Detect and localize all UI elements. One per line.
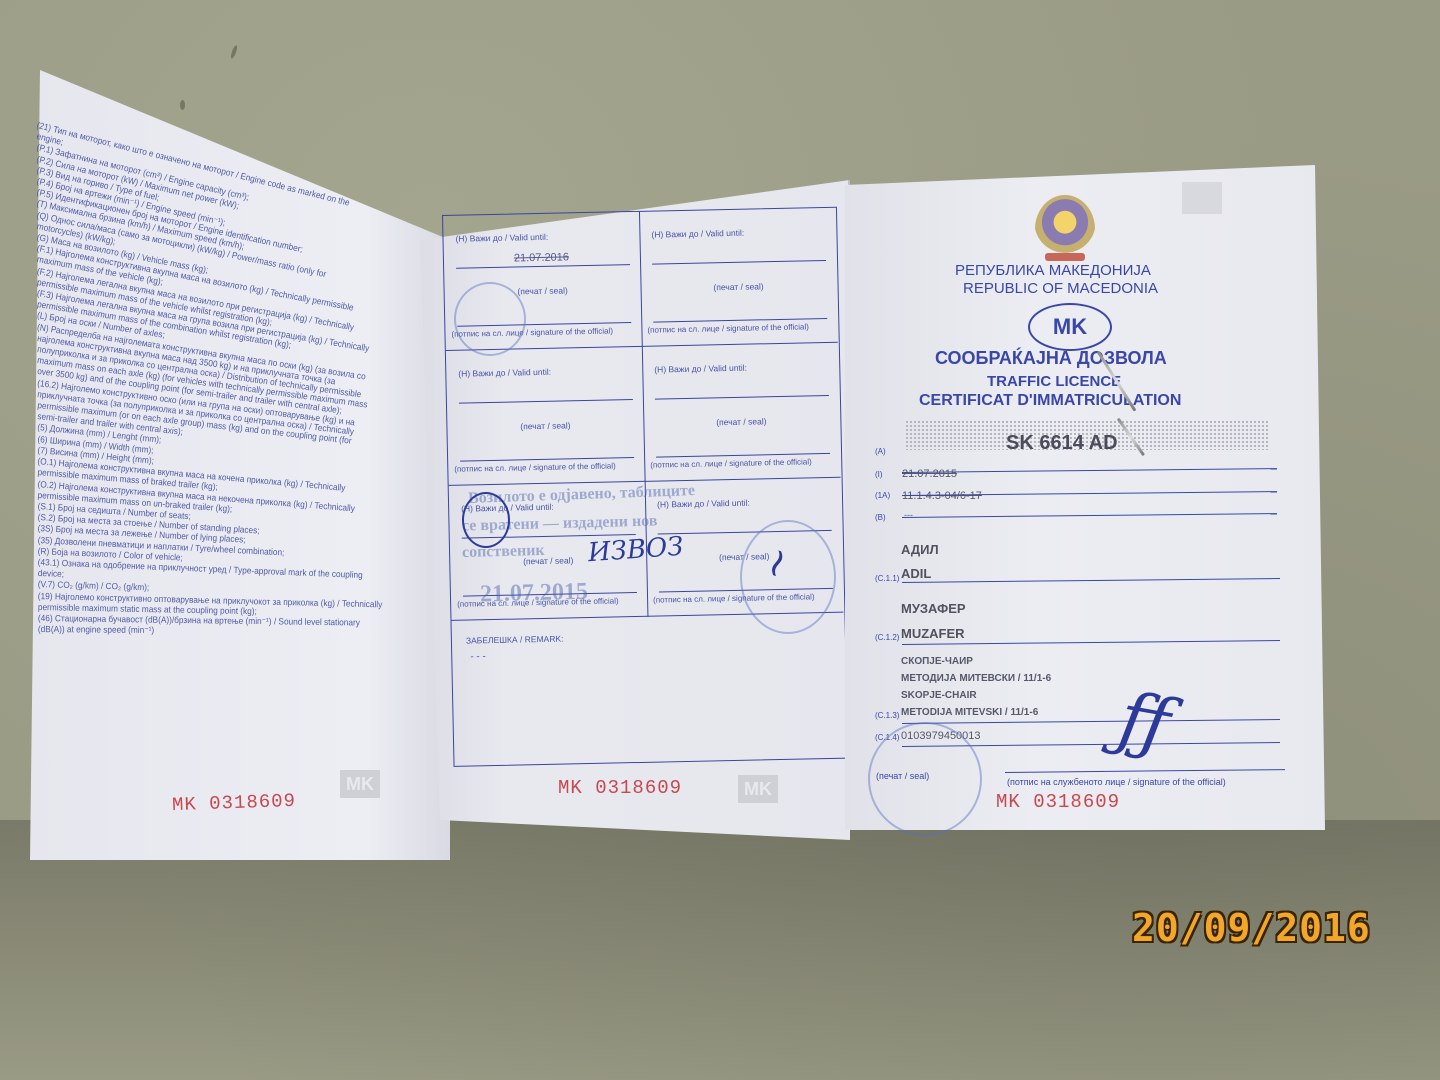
- serial-number-middle: MK 0318609: [558, 777, 682, 799]
- address-line: СКОПЈЕ-ЧАИР: [901, 656, 973, 667]
- mk-watermark: MK: [738, 775, 778, 803]
- date-line: [655, 395, 829, 400]
- seal-label: (печат / seal): [447, 419, 643, 433]
- surname-mk: АДИЛ: [901, 542, 939, 557]
- field-first-registration-date: 21.07.2015: [902, 468, 957, 480]
- field-label-I: (I): [875, 470, 883, 479]
- signature-label: (потпис на сл. лице / signature of the o…: [647, 322, 809, 334]
- remark-label: ЗАБЕЛЕШКА / REMARK:: [466, 634, 564, 646]
- vehicle-field-legend: (21) Тип на моторот, како што е означено…: [38, 120, 418, 635]
- valid-until-label: (H) Важи до / Valid until:: [651, 228, 744, 240]
- stamp-line: 21.07.2015: [480, 579, 589, 609]
- field-label-C12: (C.1.2): [875, 633, 899, 642]
- field-registration-number: 11.1.4.3-04/6-17: [902, 490, 982, 502]
- remark-value: - - -: [470, 651, 486, 662]
- official-stamp: [454, 282, 526, 356]
- emblem-ribbon: [1045, 253, 1085, 261]
- valid-until-label: (H) Важи до / Valid until:: [458, 367, 551, 379]
- field-label-A: (A): [875, 447, 886, 456]
- country-code-oval: MK: [1028, 303, 1112, 351]
- seal-label: (печат / seal): [640, 280, 836, 294]
- document-title-mk: СООБРАЌАЈНА ДОЗВОЛА: [935, 348, 1167, 369]
- field-B-value: ---: [904, 510, 913, 520]
- valid-until-date: 21.07.2016: [514, 251, 569, 264]
- address-line: METODIJA MITEVSKI / 11/1-6: [901, 707, 1038, 718]
- date-line: [459, 399, 633, 404]
- stamp-circle-mark: [462, 492, 510, 548]
- floor-speck: [230, 45, 239, 60]
- seal-label: (печат / seal): [876, 771, 929, 781]
- field-label-C13: (C.1.3): [875, 711, 899, 720]
- given-name-mk: МУЗАФЕР: [901, 601, 966, 616]
- signature-label: (потпис на сл. лице / signature of the o…: [650, 457, 812, 469]
- registration-plate: SK 6614 AD: [1006, 432, 1118, 455]
- field-label-C11: (C.1.1): [875, 574, 899, 583]
- document-title-fr: CERTIFICAT D'IMMATRICULATION: [919, 392, 1181, 410]
- validity-cell: (H) Важи до / Valid until:(печат / seal)…: [639, 208, 838, 347]
- mk-watermark: MK: [340, 770, 380, 798]
- date-line: [652, 260, 826, 265]
- country-name-en: REPUBLIC OF MACEDONIA: [963, 280, 1158, 297]
- field-label-1A: (1A): [875, 491, 890, 500]
- serial-number-right: MK 0318609: [996, 791, 1120, 813]
- valid-until-label: (H) Важи до / Valid until:: [654, 363, 747, 375]
- flag-watermark: [1182, 182, 1222, 214]
- surname-en: ADIL: [901, 566, 931, 581]
- validity-cell: (H) Важи до / Valid until:(печат / seal)…: [642, 343, 841, 482]
- given-name-en: MUZAFER: [901, 626, 965, 641]
- signature-label: (потпис на сл. лице / signature of the o…: [454, 461, 616, 473]
- valid-until-label: (H) Важи до / Valid until:: [455, 232, 548, 244]
- photo-date-stamp: 20/09/2016: [1132, 906, 1371, 950]
- document-title-en: TRAFFIC LICENCE: [987, 373, 1121, 390]
- address-line: МЕТОДИЈА МИТЕВСКИ / 11/1-6: [901, 673, 1051, 684]
- field-label-B: (B): [875, 513, 886, 522]
- signature-label: (потпис на службеното лице / signature o…: [1007, 777, 1226, 787]
- validity-cell: (H) Важи до / Valid until:(печат / seal)…: [446, 347, 646, 486]
- serial-number-left: MK 0318609: [172, 790, 297, 816]
- seal-label: (печат / seal): [643, 415, 839, 429]
- date-line: [456, 264, 630, 269]
- floor-speck: [180, 100, 185, 110]
- country-name-mk: РЕПУБЛИКА МАКЕДОНИЈА: [955, 262, 1151, 279]
- address-line: SKOPJE-CHAIR: [901, 690, 977, 701]
